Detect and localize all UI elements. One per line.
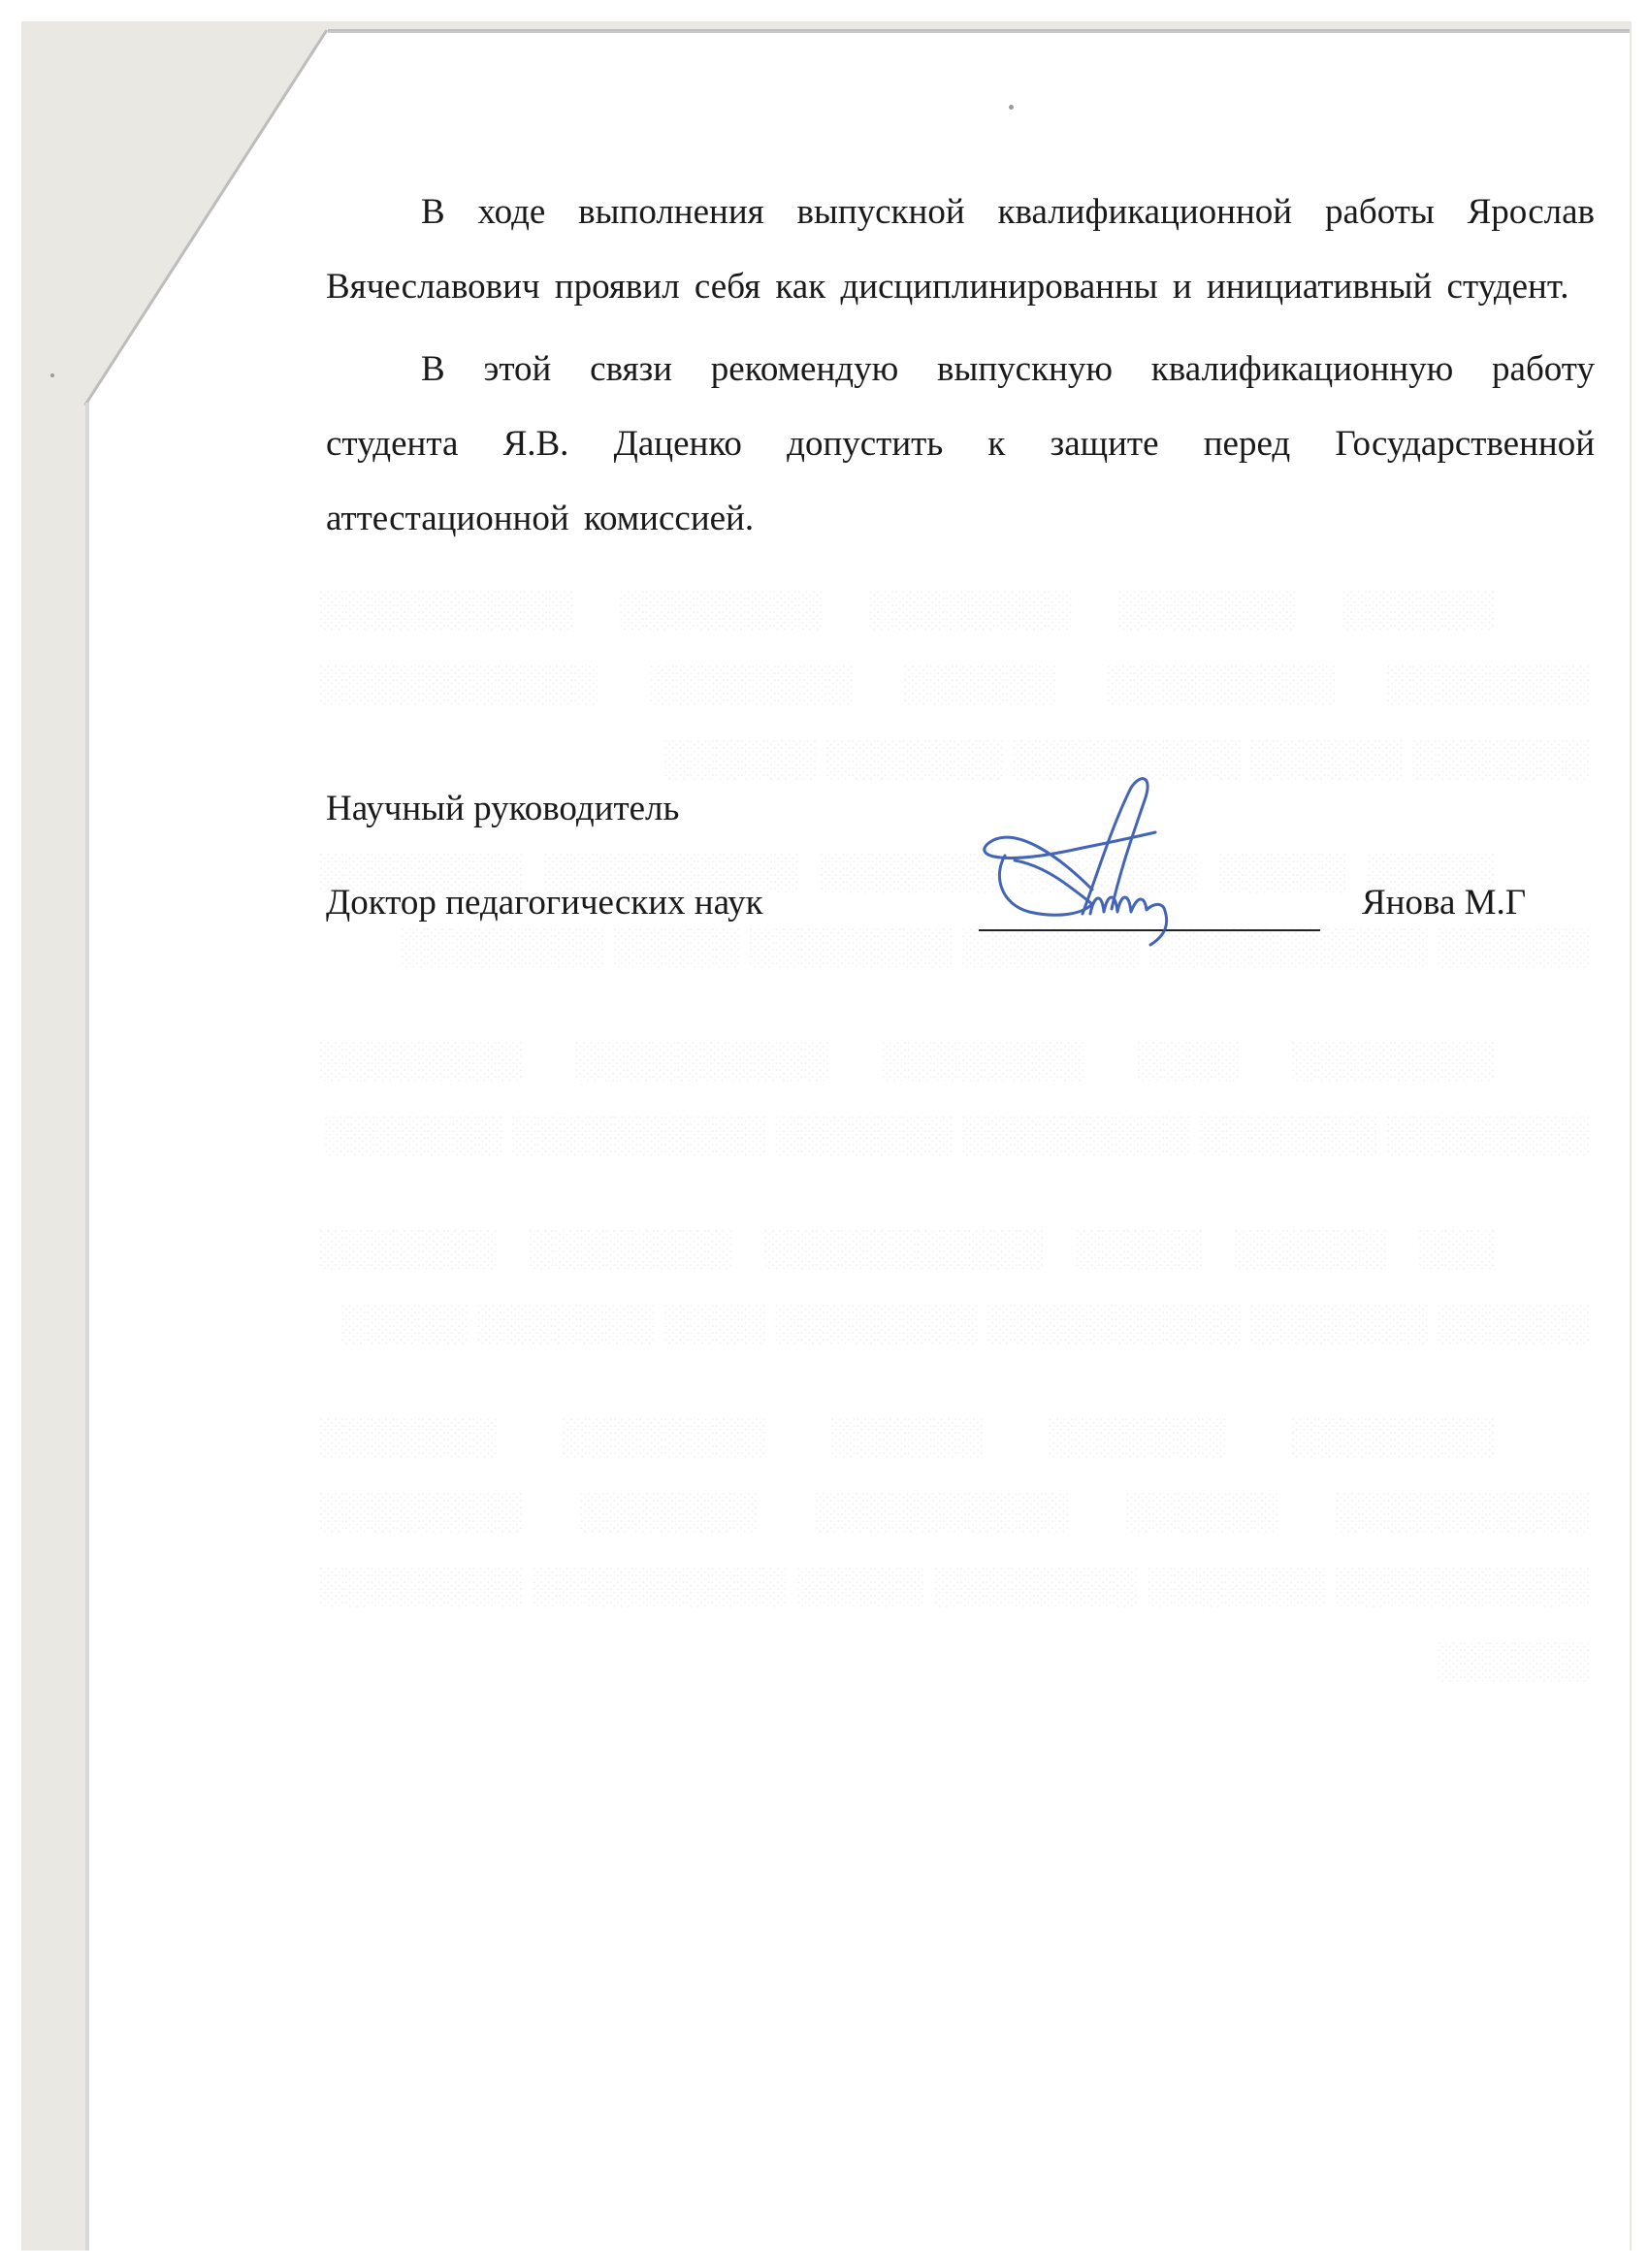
document-body: В ходе выполнения выпускной квалификацио… — [326, 175, 1595, 564]
scan-speck — [1009, 105, 1014, 110]
sheet-left-edge — [85, 403, 89, 2251]
supervisor-degree: Доктор педагогических наук — [326, 882, 763, 923]
paragraph-conduct: В ходе выполнения выпускной квалификацио… — [326, 175, 1595, 324]
paragraph-recommendation: В этой связи рекомендую выпускную квалиф… — [326, 332, 1595, 556]
supervisor-name: Янова М.Г — [1362, 882, 1526, 923]
signature-block: Научный руководитель Доктор педагогическ… — [326, 788, 1595, 962]
supervisor-role: Научный руководитель — [326, 788, 679, 829]
handwritten-signature-icon — [976, 768, 1228, 953]
sheet-top-edge — [328, 29, 1630, 33]
scan-speck — [50, 373, 54, 377]
